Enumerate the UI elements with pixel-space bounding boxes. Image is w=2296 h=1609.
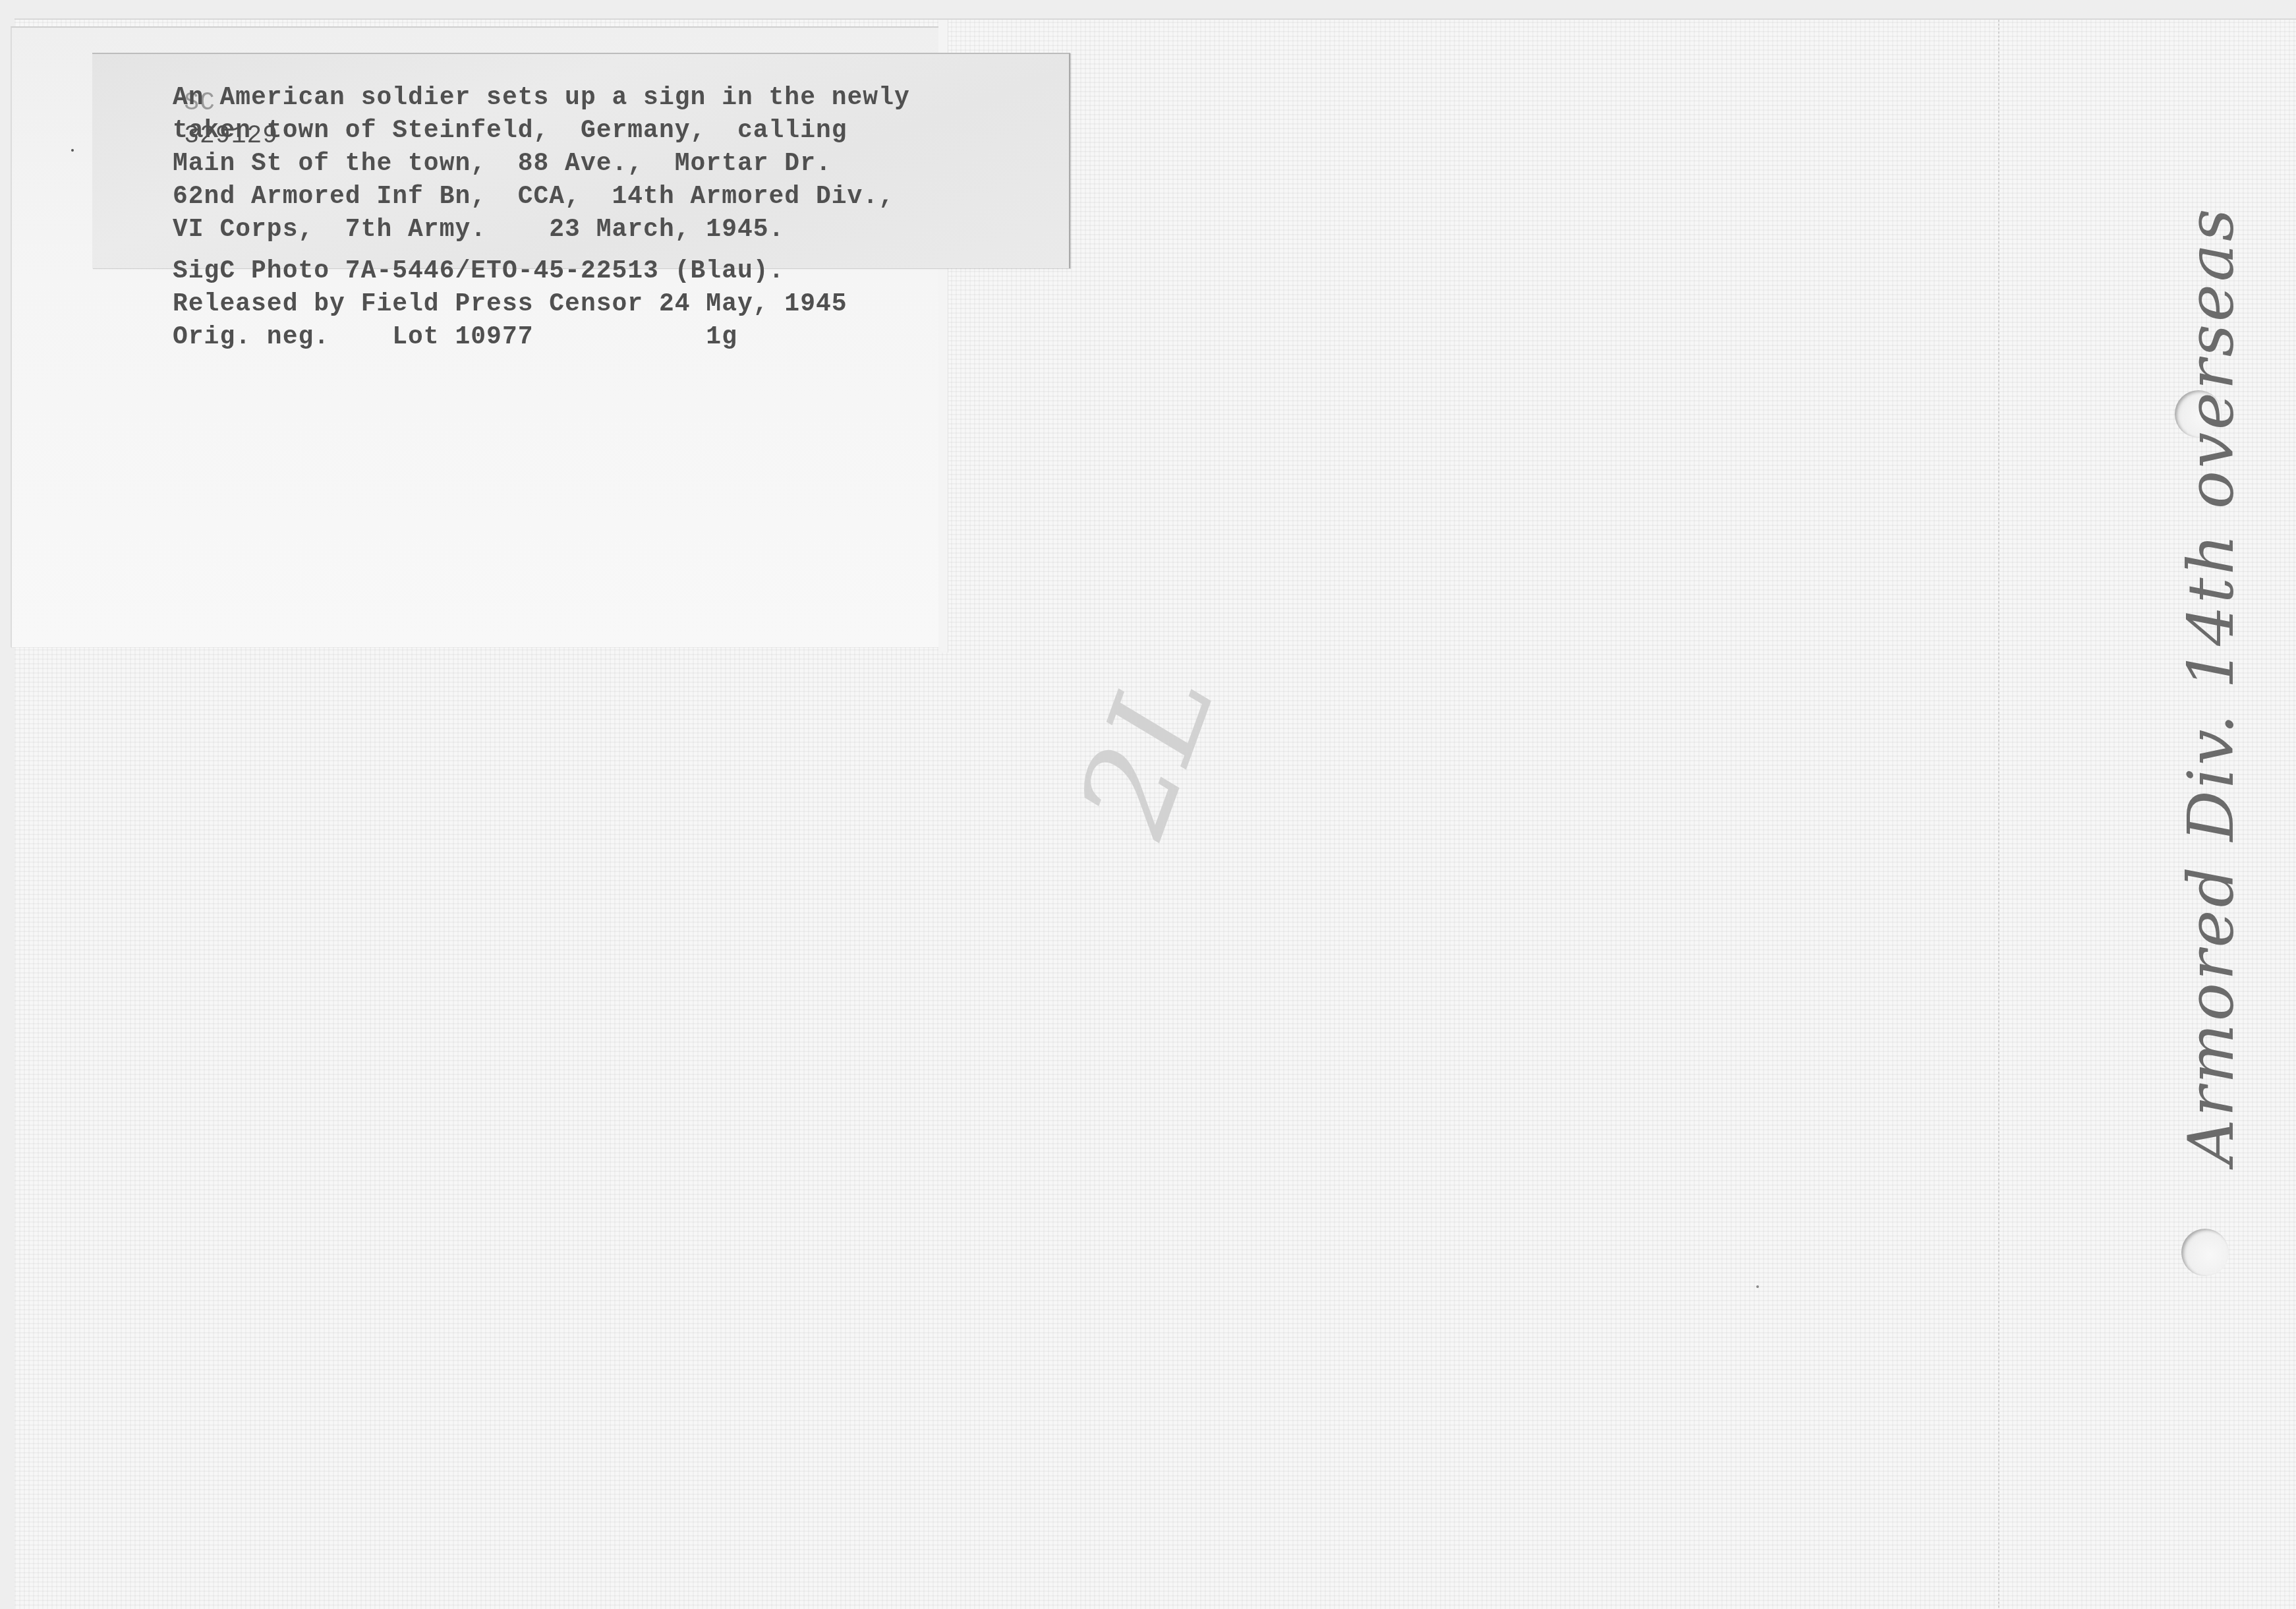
card-crease: [1998, 20, 1999, 1609]
caption-line-4: 62nd Armored Inf Bn, CCA, 14th Armored D…: [173, 181, 894, 214]
caption-label: SC 329129 An American soldier sets up a …: [92, 53, 1070, 268]
caption-line-1: An American soldier sets up a sign in th…: [173, 82, 910, 115]
caption-line-3: Main St of the town, 88 Ave., Mortar Dr.: [173, 148, 832, 181]
photo-line-2: Released by Field Press Censor 24 May, 1…: [173, 288, 847, 321]
caption-line-2: taken town of Steinfeld, Germany, callin…: [173, 115, 847, 148]
handwritten-note: Armored Div. 14th overseas: [2174, 206, 2248, 1165]
speck: [71, 149, 74, 152]
punch-hole-bottom: [2181, 1229, 2229, 1276]
photo-line-3: Orig. neg. Lot 10977 1g: [173, 321, 737, 354]
speck: [1756, 1285, 1759, 1288]
caption-line-5: VI Corps, 7th Army. 23 March, 1945.: [173, 214, 784, 247]
photo-line-1: SigC Photo 7A-5446/ETO-45-22513 (Blau).: [173, 255, 784, 288]
